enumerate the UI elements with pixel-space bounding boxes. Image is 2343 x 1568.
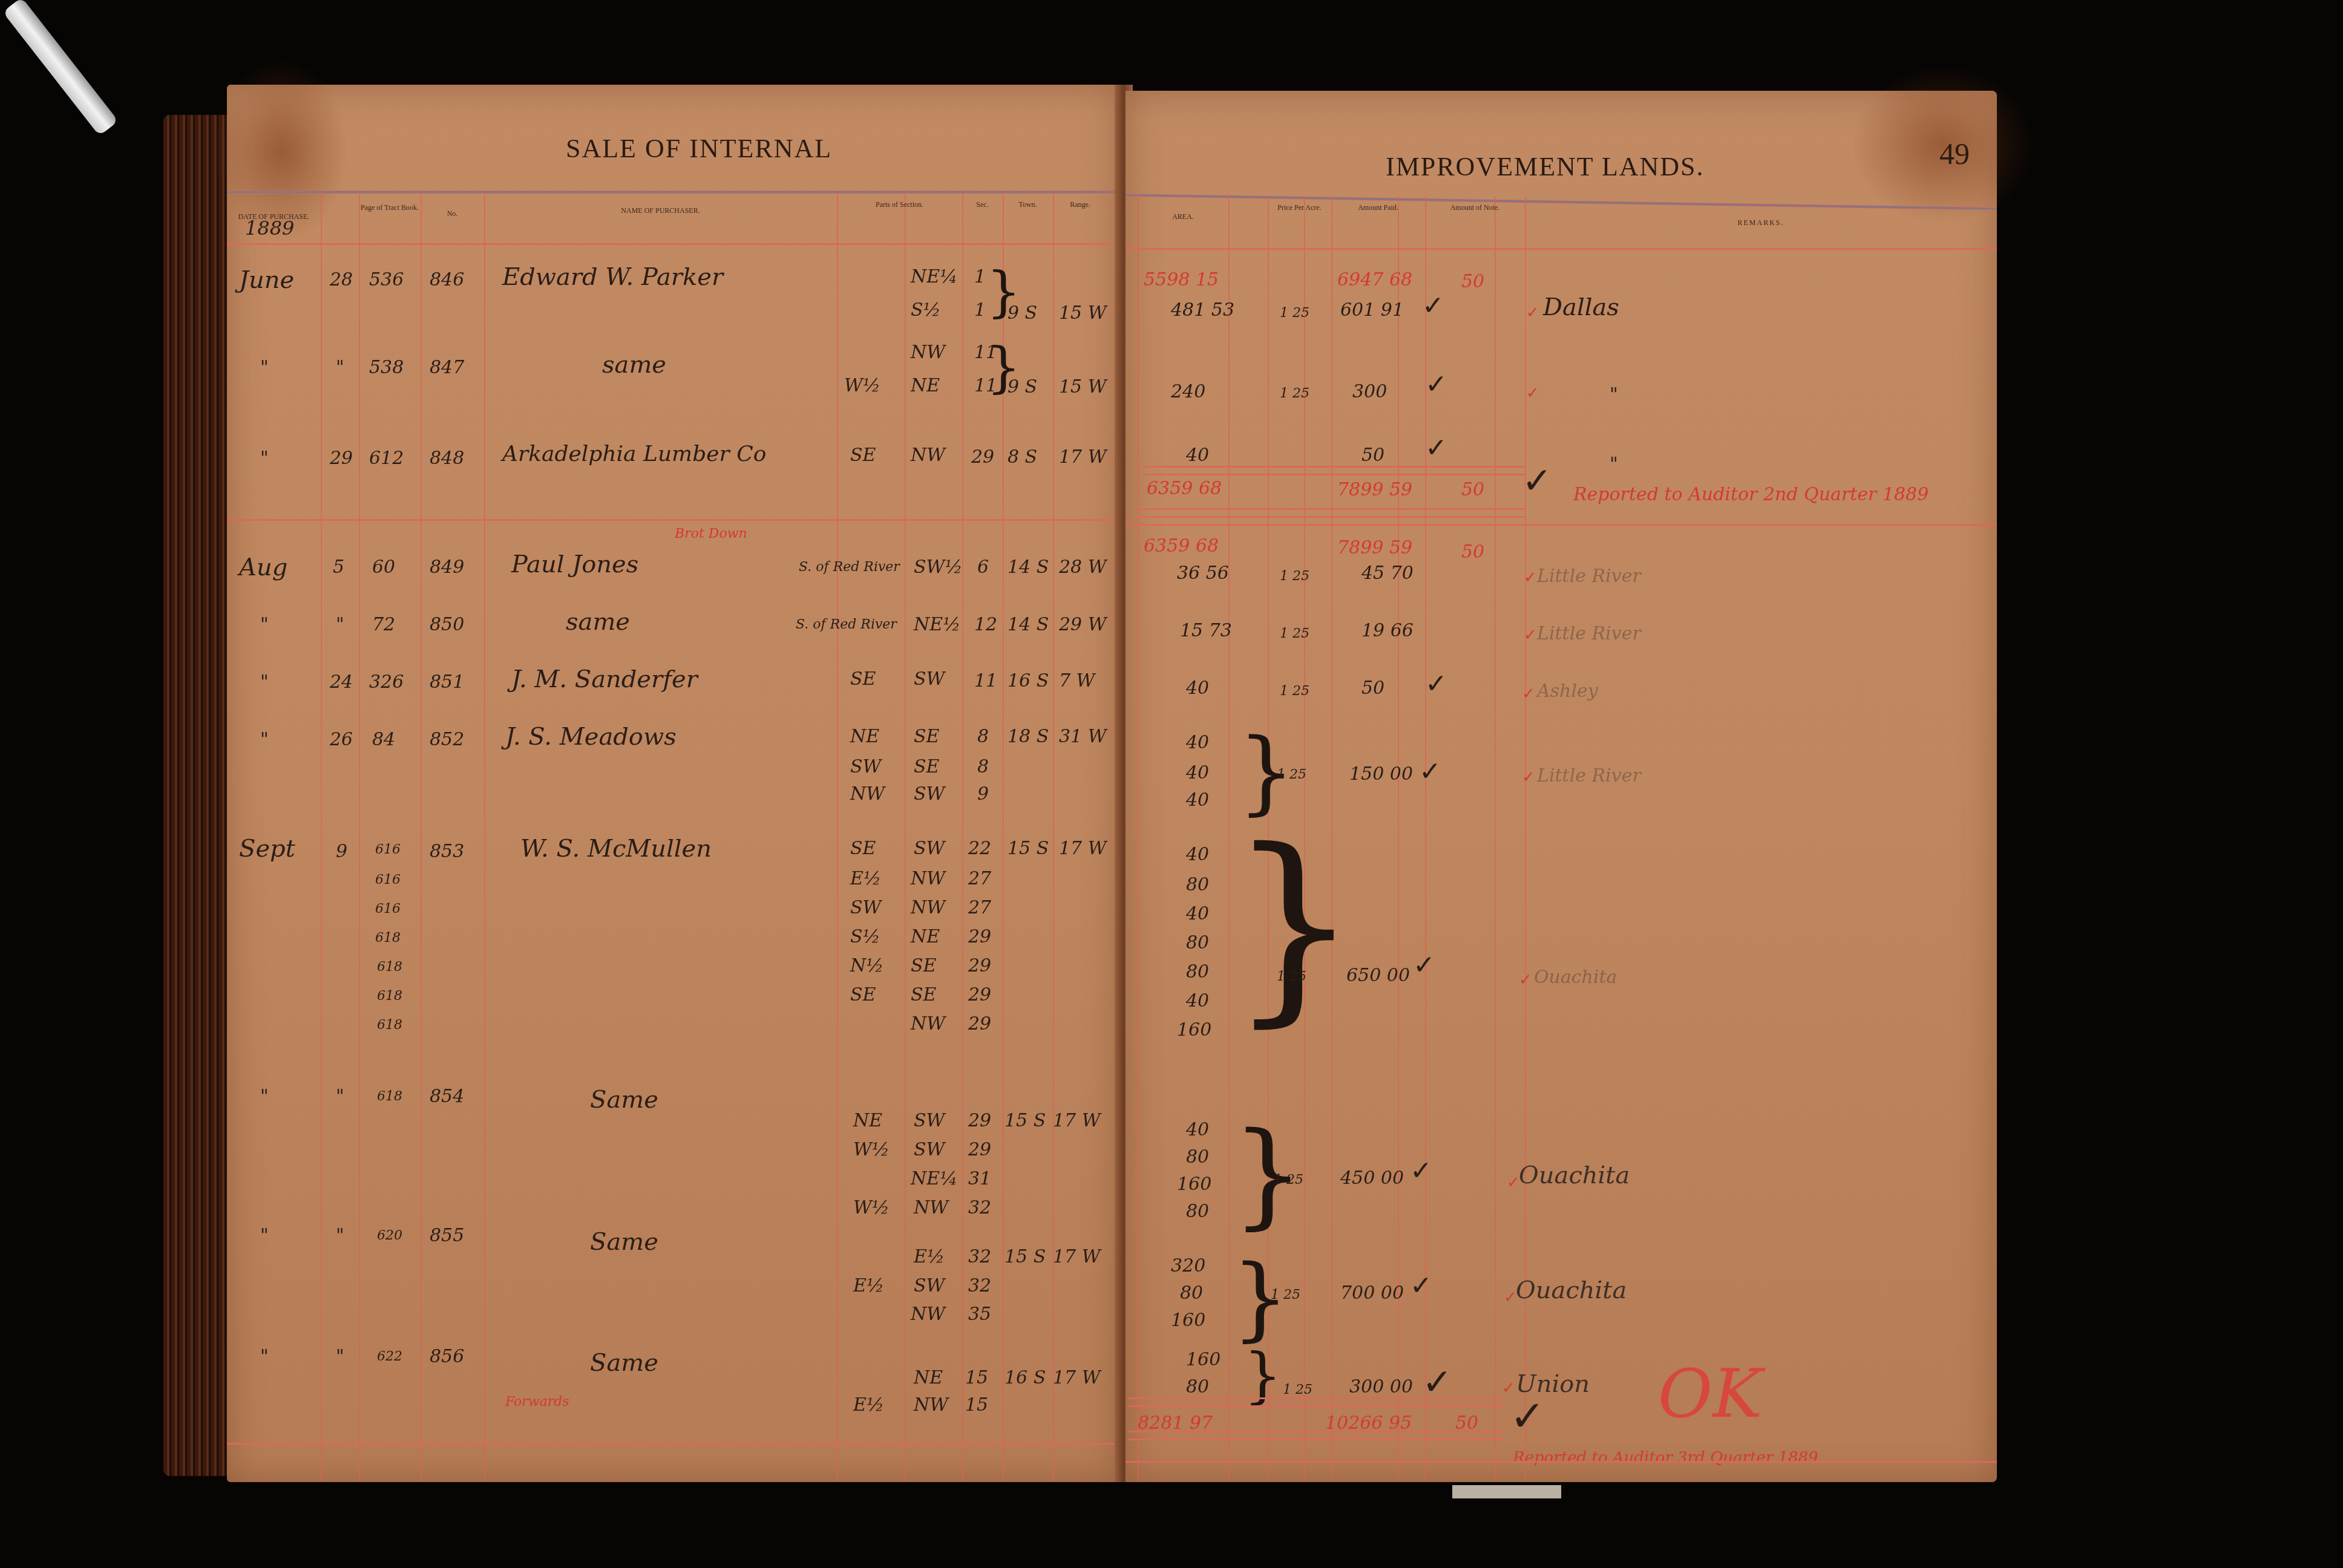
entry-page: 538 xyxy=(369,357,404,378)
entry-day: " xyxy=(336,614,344,635)
purchaser-name: J. S. Meadows xyxy=(505,723,677,751)
right-page-title: IMPROVEMENT LANDS. xyxy=(1386,151,1705,182)
part-of-section: SW xyxy=(850,756,881,777)
total-rule xyxy=(1129,1397,1504,1407)
part-of-section: SE xyxy=(850,838,876,859)
entry-remarks: Little River xyxy=(1537,623,1641,644)
range: 17 W xyxy=(1059,838,1107,859)
purchaser-name: Same xyxy=(590,1228,658,1256)
entry-area: 320 xyxy=(1171,1255,1205,1276)
brought-amount: 7899 59 xyxy=(1337,537,1412,558)
entry-page: 618 xyxy=(377,959,402,975)
brought-note: 50 xyxy=(1461,541,1484,563)
township: 15 S xyxy=(1008,838,1049,859)
section: 29 xyxy=(968,1110,991,1131)
part-of-section: W½ xyxy=(853,1139,890,1160)
township: 9 S xyxy=(1008,376,1037,397)
section-part: NE½ xyxy=(914,614,960,635)
township: 15 S xyxy=(1004,1110,1046,1131)
entry-day: 29 xyxy=(330,448,353,469)
section-part: SE xyxy=(914,756,939,777)
entry-day: " xyxy=(336,357,344,378)
entry-page: 622 xyxy=(377,1349,402,1364)
col-line xyxy=(905,192,906,1481)
entry-page: 618 xyxy=(377,1018,402,1033)
entry-amount: 601 91 xyxy=(1340,299,1404,321)
entry-price: 1 25 xyxy=(1277,767,1306,782)
check-icon: ✓ xyxy=(1510,1391,1545,1441)
section-part: NW xyxy=(911,445,945,466)
check-icon: ✓ xyxy=(1522,460,1552,502)
entry-area: 160 xyxy=(1177,1019,1211,1040)
entry-price: 1 25 xyxy=(1280,684,1309,699)
entry-area: 40 xyxy=(1186,678,1209,699)
purchaser-name: W. S. McMullen xyxy=(520,835,712,863)
header-rule-top xyxy=(227,191,1119,194)
section-part: NW xyxy=(911,1304,945,1325)
entry-area: 80 xyxy=(1186,1146,1209,1168)
section: 29 xyxy=(968,984,991,1005)
part-of-section: NE xyxy=(853,1110,882,1131)
entry-area: 160 xyxy=(1186,1349,1221,1370)
part-of-section: NW xyxy=(850,783,885,805)
red-check-icon: ✓ xyxy=(1522,768,1535,786)
check-icon: ✓ xyxy=(1413,950,1435,981)
header-page-tract-book: Page of Tract Book. xyxy=(359,203,421,212)
entry-price: 1 25 xyxy=(1271,1287,1300,1302)
subtotal-note: 50 xyxy=(1461,479,1484,500)
entry-month: " xyxy=(260,1346,269,1367)
header-range: Range. xyxy=(1053,200,1107,209)
range: 29 W xyxy=(1059,614,1107,635)
reported-note: Reported to Auditor 3rd Quarter 1889 xyxy=(1513,1449,1818,1467)
entry-area: 80 xyxy=(1186,932,1209,953)
section-part: SW xyxy=(914,838,945,859)
header-price: Price Per Acre. xyxy=(1268,203,1331,212)
range: 15 W xyxy=(1059,302,1107,324)
entry-area: 40 xyxy=(1186,732,1209,753)
header-parts-of-section: Parts of Section. xyxy=(837,200,962,209)
entry-area: 80 xyxy=(1186,961,1209,982)
entry-remarks: Little River xyxy=(1537,566,1641,587)
book-page-edges xyxy=(163,115,230,1476)
township: 16 S xyxy=(1004,1367,1046,1388)
brace-icon: } xyxy=(1228,823,1359,1028)
entry-price: 1 25 xyxy=(1274,1172,1303,1187)
ok-mark: OK xyxy=(1658,1355,1762,1432)
check-icon: ✓ xyxy=(1425,369,1447,400)
part-of-section: N½ xyxy=(850,955,883,976)
section: 29 xyxy=(971,446,994,468)
section: 11 xyxy=(974,670,997,691)
township: 15 S xyxy=(1004,1246,1046,1267)
entry-amount: 650 00 xyxy=(1346,965,1410,986)
left-page: SALE OF INTERNAL DATE OF PURCHASE. 1889 … xyxy=(227,85,1119,1482)
section: 22 xyxy=(968,838,991,859)
section-part: NW xyxy=(911,868,945,889)
entry-area: 80 xyxy=(1186,874,1209,895)
part-of-section: NE xyxy=(850,726,879,747)
section-rule xyxy=(1126,524,1997,526)
entry-page: 618 xyxy=(375,930,401,946)
section-part: NE xyxy=(911,926,940,947)
section: 15 xyxy=(965,1394,988,1416)
section: 29 xyxy=(968,1013,991,1034)
section: 8 xyxy=(977,726,989,747)
entry-page: 84 xyxy=(372,729,395,750)
section: 32 xyxy=(968,1275,991,1296)
section-part: SE xyxy=(914,726,939,747)
part-of-section: E½ xyxy=(853,1275,884,1296)
entry-area: 160 xyxy=(1171,1310,1205,1331)
entry-number: 848 xyxy=(430,448,464,469)
carried-note: 50 xyxy=(1461,271,1484,292)
entry-number: 851 xyxy=(430,671,464,693)
entry-page: 616 xyxy=(375,901,401,916)
entry-month: " xyxy=(260,1225,269,1246)
section-part: NW xyxy=(911,897,945,918)
entry-day: 5 xyxy=(333,557,344,578)
subtotal-rule xyxy=(1144,466,1525,475)
range: 7 W xyxy=(1059,670,1095,691)
col-line xyxy=(837,192,838,1481)
entry-day: 28 xyxy=(330,269,353,290)
entry-price: 1 25 xyxy=(1277,969,1306,984)
reported-note: Reported to Auditor 2nd Quarter 1889 xyxy=(1573,484,1928,505)
range: 28 W xyxy=(1059,557,1107,578)
section-part: NW xyxy=(911,1013,945,1034)
entry-price: 1 25 xyxy=(1280,569,1309,584)
section: 1 xyxy=(974,266,986,287)
purchaser-name: Same xyxy=(590,1349,658,1377)
part-of-section: SE xyxy=(850,984,876,1005)
entry-price: 1 25 xyxy=(1280,386,1309,401)
col-line xyxy=(359,192,360,1481)
red-check-icon: ✓ xyxy=(1519,971,1532,989)
section: 27 xyxy=(968,897,991,918)
entry-area: 40 xyxy=(1186,1119,1209,1140)
entry-amount: 700 00 xyxy=(1340,1282,1404,1304)
entry-area: 160 xyxy=(1177,1174,1211,1195)
entry-page: 60 xyxy=(372,557,395,578)
section: 8 xyxy=(977,756,989,777)
entry-number: 855 xyxy=(430,1225,464,1246)
section-part: S½ xyxy=(911,299,941,321)
col-line xyxy=(484,192,485,1481)
subtotal-area: 6359 68 xyxy=(1147,478,1222,499)
entry-page: 618 xyxy=(377,1089,402,1104)
entry-month: " xyxy=(260,614,269,635)
carried-amount: 6947 68 xyxy=(1337,269,1412,290)
section: 12 xyxy=(974,614,997,635)
letter-opener xyxy=(2,0,119,136)
township: 14 S xyxy=(1008,614,1049,635)
entry-area: 80 xyxy=(1186,1201,1209,1222)
check-icon: ✓ xyxy=(1410,1270,1432,1301)
entry-month: " xyxy=(260,448,269,469)
header-rule-bottom xyxy=(227,243,1119,245)
header-no: No. xyxy=(421,209,484,218)
section: 29 xyxy=(968,955,991,976)
entry-month: Sept xyxy=(239,835,295,863)
entry-remarks: " xyxy=(1610,454,1618,475)
paper-slip xyxy=(1452,1485,1561,1498)
entry-page: 536 xyxy=(369,269,404,290)
entry-day: " xyxy=(336,1225,344,1246)
col-line xyxy=(1053,192,1054,1481)
entry-number: 854 xyxy=(430,1086,464,1107)
brought-down-label: Brot Down xyxy=(675,526,747,541)
entry-page: 618 xyxy=(377,988,402,1004)
subtotal-rule xyxy=(1138,508,1525,518)
section: 29 xyxy=(968,926,991,947)
entry-month: " xyxy=(260,729,269,750)
part-of-section: S½ xyxy=(850,926,880,947)
footer-rule xyxy=(227,1443,1119,1445)
section-part: NW xyxy=(914,1197,948,1218)
purchaser-name: Arkadelphia Lumber Co xyxy=(502,442,766,466)
entry-amount: 450 00 xyxy=(1340,1168,1404,1189)
part-of-section: E½ xyxy=(850,868,881,889)
col-line xyxy=(1495,197,1496,1479)
right-page: IMPROVEMENT LANDS. 49 AREA. Price Per Ac… xyxy=(1126,91,1997,1482)
total-rule xyxy=(1129,1431,1504,1440)
purchaser-name: J. M. Sanderfer xyxy=(511,665,698,693)
section-part: SW xyxy=(914,1139,945,1160)
purchaser-name: Edward W. Parker xyxy=(502,263,723,291)
entry-number: 852 xyxy=(430,729,464,750)
part-of-section: SW xyxy=(850,897,881,918)
entry-amount: 19 66 xyxy=(1362,620,1414,641)
check-icon: ✓ xyxy=(1410,1155,1432,1186)
red-check-icon: ✓ xyxy=(1524,569,1537,587)
section-part: NE¼ xyxy=(911,266,957,287)
section-part: SW xyxy=(914,1275,945,1296)
section-part: SE xyxy=(911,955,936,976)
col-line xyxy=(1138,197,1139,1479)
entry-area: 40 xyxy=(1186,990,1209,1011)
entry-price: 1 25 xyxy=(1280,626,1309,641)
col-line xyxy=(421,192,422,1481)
range: 31 W xyxy=(1059,726,1107,747)
entry-day: 24 xyxy=(330,671,353,693)
entry-day: " xyxy=(336,1086,344,1107)
red-check-icon: ✓ xyxy=(1522,685,1535,703)
check-icon: ✓ xyxy=(1425,668,1447,699)
subtotal-amount: 7899 59 xyxy=(1337,479,1412,500)
check-icon: ✓ xyxy=(1422,290,1444,321)
entry-price: 1 25 xyxy=(1280,305,1309,321)
range: 17 W xyxy=(1059,446,1107,468)
section-part: SW½ xyxy=(914,557,962,578)
part-of-section: S. of Red River xyxy=(799,560,900,575)
entry-page: 326 xyxy=(369,671,404,693)
left-page-title: SALE OF INTERNAL xyxy=(566,133,832,164)
red-check-icon: ✓ xyxy=(1504,1289,1517,1307)
entry-page: 616 xyxy=(375,872,401,887)
entry-remarks: Ouachita xyxy=(1516,1276,1627,1304)
section-part: SW xyxy=(914,668,945,690)
section: 6 xyxy=(977,557,989,578)
header-rule-top xyxy=(1126,194,1997,211)
entry-area: 40 xyxy=(1186,789,1209,811)
part-of-section: W½ xyxy=(853,1197,890,1218)
entry-area: 240 xyxy=(1171,381,1205,402)
range: 17 W xyxy=(1053,1246,1101,1267)
section-part: NE xyxy=(911,375,940,396)
entry-area: 481 53 xyxy=(1171,299,1234,321)
entry-month: Aug xyxy=(239,554,287,581)
page-number: 49 xyxy=(1939,136,1970,171)
entry-day: " xyxy=(336,1346,344,1367)
section: 1 xyxy=(974,299,986,321)
red-check-icon: ✓ xyxy=(1524,626,1537,644)
red-check-icon: ✓ xyxy=(1526,384,1539,402)
part-of-section: E½ xyxy=(853,1394,884,1416)
section-part: SW xyxy=(914,1110,945,1131)
section-part: SW xyxy=(914,783,945,805)
header-rule-bottom xyxy=(1126,248,1997,250)
part-of-section: SE xyxy=(850,445,876,466)
range: 17 W xyxy=(1053,1110,1101,1131)
entry-area: 80 xyxy=(1180,1282,1203,1304)
part-of-section: S. of Red River xyxy=(796,617,897,632)
entry-area: 40 xyxy=(1186,445,1209,466)
check-icon: ✓ xyxy=(1425,433,1447,463)
township: 9 S xyxy=(1008,302,1037,324)
red-check-icon: ✓ xyxy=(1526,304,1539,322)
entry-amount: 50 xyxy=(1362,678,1384,699)
entry-price: 1 25 xyxy=(1283,1382,1312,1397)
purchaser-name: Same xyxy=(590,1086,658,1114)
entry-remarks: Little River xyxy=(1537,765,1641,786)
brought-area: 6359 68 xyxy=(1144,535,1219,557)
header-name: NAME OF PURCHASER. xyxy=(484,206,837,215)
township: 14 S xyxy=(1008,557,1049,578)
section-part: NE¼ xyxy=(911,1168,957,1189)
header-amount-of-note: Amount of Note. xyxy=(1425,203,1525,212)
header-town: Town. xyxy=(1003,200,1053,209)
check-icon: ✓ xyxy=(1419,756,1441,787)
section-part: NW xyxy=(914,1394,948,1416)
entry-amount: 150 00 xyxy=(1349,763,1413,785)
entry-amount: 300 00 xyxy=(1349,1376,1413,1397)
entry-amount: 300 xyxy=(1352,381,1387,402)
entry-area: 36 56 xyxy=(1177,563,1229,584)
section-part: E½ xyxy=(914,1246,945,1267)
entry-number: 849 xyxy=(430,557,464,578)
entry-area: 40 xyxy=(1186,762,1209,783)
section: 9 xyxy=(977,783,989,805)
entry-amount: 50 xyxy=(1362,445,1384,466)
section: 32 xyxy=(968,1246,991,1267)
entry-page: 616 xyxy=(375,842,401,857)
section: 27 xyxy=(968,868,991,889)
purchaser-name: same xyxy=(602,351,666,379)
entry-area: 80 xyxy=(1186,1376,1209,1397)
entry-number: 853 xyxy=(430,841,464,862)
entry-remarks: Ouachita xyxy=(1534,967,1617,988)
part-of-section: SE xyxy=(850,668,876,690)
range: 17 W xyxy=(1053,1367,1101,1388)
range: 15 W xyxy=(1059,376,1107,397)
carried-area: 5598 15 xyxy=(1144,269,1219,290)
section: 15 xyxy=(965,1367,988,1388)
header-sec: Sec. xyxy=(962,200,1003,209)
section: 29 xyxy=(968,1139,991,1160)
purchaser-name: Paul Jones xyxy=(511,550,638,578)
year: 1889 xyxy=(245,217,294,240)
entry-month: June xyxy=(239,266,294,294)
red-check-icon: ✓ xyxy=(1507,1174,1520,1192)
entry-page: 612 xyxy=(369,448,404,469)
entry-amount: 45 70 xyxy=(1362,563,1414,584)
entry-remarks: Ashley xyxy=(1537,681,1598,702)
purchaser-name: same xyxy=(566,608,630,636)
entry-area: 40 xyxy=(1186,903,1209,924)
section: 32 xyxy=(968,1197,991,1218)
entry-day: 9 xyxy=(336,841,347,862)
section-part: NE xyxy=(914,1367,943,1388)
entry-area: 40 xyxy=(1186,844,1209,865)
header-area: AREA. xyxy=(1138,212,1228,221)
section: 31 xyxy=(968,1168,991,1189)
entry-month: " xyxy=(260,671,269,693)
entry-page: 620 xyxy=(377,1228,402,1243)
section: 35 xyxy=(968,1304,991,1325)
section-rule xyxy=(227,519,1119,521)
entry-number: 847 xyxy=(430,357,464,378)
township: 8 S xyxy=(1008,446,1037,468)
entry-number: 846 xyxy=(430,269,464,290)
col-line xyxy=(321,192,322,1481)
section-part: NW xyxy=(911,342,945,363)
col-line xyxy=(962,192,963,1481)
entry-month: " xyxy=(260,1086,269,1107)
forwards-label: Forwards xyxy=(505,1394,569,1410)
header-amount-paid: Amount Paid. xyxy=(1331,203,1425,212)
section-part: SE xyxy=(911,984,936,1005)
township: 18 S xyxy=(1008,726,1049,747)
footer-rule xyxy=(1126,1461,1997,1463)
township: 16 S xyxy=(1008,670,1049,691)
entry-remarks: Dallas xyxy=(1543,293,1619,321)
entry-area: 15 73 xyxy=(1180,620,1232,641)
entry-month: " xyxy=(260,357,269,378)
entry-day: 26 xyxy=(330,729,353,750)
entry-number: 850 xyxy=(430,614,464,635)
header-remarks: REMARKS. xyxy=(1670,218,1852,227)
part-of-section: W½ xyxy=(844,375,880,396)
entry-remarks: Ouachita xyxy=(1519,1161,1630,1189)
entry-remarks: " xyxy=(1610,384,1618,405)
entry-page: 72 xyxy=(372,614,395,635)
entry-number: 856 xyxy=(430,1346,464,1367)
